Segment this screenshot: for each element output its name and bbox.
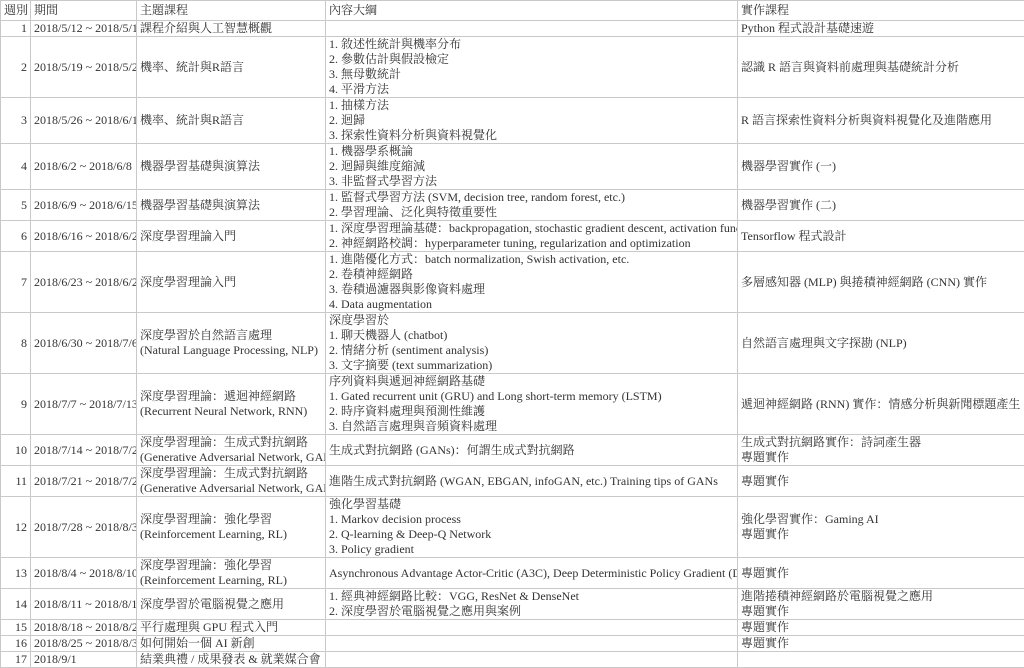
cell-outline: 1. 敘述性統計與機率分布2. 參數估計與假設檢定3. 無母數統計4. 平滑方法 bbox=[326, 37, 738, 98]
cell-practice: R 語言探索性資料分析與資料視覺化及進階應用 bbox=[738, 98, 1024, 144]
cell-line: 1. 機器學系概論 bbox=[329, 144, 734, 159]
cell-outline: 1. 經典神經網路比較：VGG, ResNet & DenseNet2. 深度學… bbox=[326, 589, 738, 620]
cell-line: Python 程式設計基礎速遊 bbox=[741, 21, 1021, 36]
table-row: 12018/5/12 ~ 2018/5/18課程介紹與人工智慧概觀Python … bbox=[1, 21, 1024, 37]
course-schedule-table: 週別期間主題課程內容大綱實作課程 12018/5/12 ~ 2018/5/18課… bbox=[0, 0, 1024, 668]
cell-practice: 專題實作 bbox=[738, 636, 1024, 652]
table-row: 92018/7/7 ~ 2018/7/13深度學習理論：遞迴神經網路(Recur… bbox=[1, 374, 1024, 435]
cell-week: 15 bbox=[1, 620, 31, 636]
cell-topic: 課程介紹與人工智慧概觀 bbox=[137, 21, 326, 37]
cell-line: 2. 參數估計與假設檢定 bbox=[329, 52, 734, 67]
cell-line: 機器學習基礎與演算法 bbox=[140, 198, 322, 213]
cell-practice: 進階捲積神經網路於電腦視覺之應用專題實作 bbox=[738, 589, 1024, 620]
cell-period: 2018/8/18 ~ 2018/8/24 bbox=[31, 620, 137, 636]
cell-line: 深度學習於 bbox=[329, 313, 734, 328]
cell-practice: 專題實作 bbox=[738, 558, 1024, 589]
cell-line: 機器學習實作 (二) bbox=[741, 198, 1021, 213]
cell-topic: 如何開始一個 AI 新創 bbox=[137, 636, 326, 652]
table-row: 42018/6/2 ~ 2018/6/8機器學習基礎與演算法1. 機器學系概論2… bbox=[1, 144, 1024, 190]
cell-line: 專題實作 bbox=[741, 636, 1021, 651]
cell-outline: 1. 監督式學習方法 (SVM, decision tree, random f… bbox=[326, 190, 738, 221]
cell-period: 2018/7/14 ~ 2018/7/20 bbox=[31, 435, 137, 466]
table-row: 162018/8/25 ~ 2018/8/31如何開始一個 AI 新創專題實作 bbox=[1, 636, 1024, 652]
cell-week: 7 bbox=[1, 252, 31, 313]
cell-line: 結業典禮 / 成果發表 & 就業媒合會 bbox=[140, 652, 322, 667]
cell-line: 進階捲積神經網路於電腦視覺之應用 bbox=[741, 589, 1021, 604]
cell-practice: Python 程式設計基礎速遊 bbox=[738, 21, 1024, 37]
cell-outline bbox=[326, 21, 738, 37]
cell-practice: 專題實作 bbox=[738, 620, 1024, 636]
table-row: 22018/5/19 ~ 2018/5/25機率、統計與R語言1. 敘述性統計與… bbox=[1, 37, 1024, 98]
cell-week: 5 bbox=[1, 190, 31, 221]
cell-period: 2018/7/28 ~ 2018/8/3 bbox=[31, 497, 137, 558]
cell-week: 17 bbox=[1, 652, 31, 668]
cell-week: 16 bbox=[1, 636, 31, 652]
table-row: 82018/6/30 ~ 2018/7/6深度學習於自然語言處理(Natural… bbox=[1, 313, 1024, 374]
cell-line: (Recurrent Neural Network, RNN) bbox=[140, 404, 322, 419]
table-row: 52018/6/9 ~ 2018/6/15機器學習基礎與演算法1. 監督式學習方… bbox=[1, 190, 1024, 221]
cell-week: 1 bbox=[1, 21, 31, 37]
cell-topic: 深度學習理論：生成式對抗網路(Generative Adversarial Ne… bbox=[137, 435, 326, 466]
cell-line: 3. 卷積過濾器與影像資料處理 bbox=[329, 282, 734, 297]
cell-line: Asynchronous Advantage Actor-Critic (A3C… bbox=[329, 566, 734, 581]
cell-topic: 深度學習理論：強化學習(Reinforcement Learning, RL) bbox=[137, 497, 326, 558]
cell-topic: 深度學習理論：強化學習(Reinforcement Learning, RL) bbox=[137, 558, 326, 589]
cell-period: 2018/9/1 bbox=[31, 652, 137, 668]
cell-period: 2018/5/12 ~ 2018/5/18 bbox=[31, 21, 137, 37]
cell-topic: 深度學習理論入門 bbox=[137, 221, 326, 252]
cell-line: 深度學習理論：強化學習 bbox=[140, 558, 322, 573]
cell-week: 2 bbox=[1, 37, 31, 98]
cell-period: 2018/8/4 ~ 2018/8/10 bbox=[31, 558, 137, 589]
cell-line: 1. 抽樣方法 bbox=[329, 98, 734, 113]
cell-line: 機率、統計與R語言 bbox=[140, 60, 322, 75]
cell-period: 2018/7/21 ~ 2018/7/27 bbox=[31, 466, 137, 497]
cell-line: 1. 敘述性統計與機率分布 bbox=[329, 37, 734, 52]
cell-week: 14 bbox=[1, 589, 31, 620]
cell-outline: 強化學習基礎1. Markov decision process2. Q-lea… bbox=[326, 497, 738, 558]
cell-outline: 1. 深度學習理論基礎：backpropagation, stochastic … bbox=[326, 221, 738, 252]
cell-line: 1. 深度學習理論基礎：backpropagation, stochastic … bbox=[329, 221, 734, 236]
cell-line: 1. Markov decision process bbox=[329, 512, 734, 527]
table-row: 122018/7/28 ~ 2018/8/3深度學習理論：強化學習(Reinfo… bbox=[1, 497, 1024, 558]
cell-line: 2. 情緒分析 (sentiment analysis) bbox=[329, 343, 734, 358]
table-row: 62018/6/16 ~ 2018/6/22深度學習理論入門1. 深度學習理論基… bbox=[1, 221, 1024, 252]
cell-line: 專題實作 bbox=[741, 620, 1021, 635]
table-row: 112018/7/21 ~ 2018/7/27深度學習理論：生成式對抗網路(Ge… bbox=[1, 466, 1024, 497]
cell-line: (Generative Adversarial Network, GAN) bbox=[140, 481, 322, 496]
cell-line: 4. Data augmentation bbox=[329, 297, 734, 312]
cell-line: 遞迴神經網路 (RNN) 實作：情感分析與新聞標題產生 bbox=[741, 397, 1021, 412]
cell-line: 專題實作 bbox=[741, 474, 1021, 489]
cell-week: 13 bbox=[1, 558, 31, 589]
cell-practice: 專題實作 bbox=[738, 466, 1024, 497]
cell-line: 2. 卷積神經網路 bbox=[329, 267, 734, 282]
cell-line: 專題實作 bbox=[741, 450, 1021, 465]
cell-outline: 1. 抽樣方法2. 迴歸3. 探索性資料分析與資料視覺化 bbox=[326, 98, 738, 144]
cell-line: 2. Q-learning & Deep-Q Network bbox=[329, 527, 734, 542]
cell-line: 生成式對抗網路 (GANs)：何謂生成式對抗網路 bbox=[329, 443, 734, 458]
cell-period: 2018/6/30 ~ 2018/7/6 bbox=[31, 313, 137, 374]
cell-outline: 生成式對抗網路 (GANs)：何謂生成式對抗網路 bbox=[326, 435, 738, 466]
cell-line: 機器學習實作 (一) bbox=[741, 159, 1021, 174]
cell-practice bbox=[738, 652, 1024, 668]
column-header-period: 期間 bbox=[31, 1, 137, 21]
cell-practice: 生成式對抗網路實作：詩詞產生器專題實作 bbox=[738, 435, 1024, 466]
cell-period: 2018/8/11 ~ 2018/8/17 bbox=[31, 589, 137, 620]
cell-line: 3. 非監督式學習方法 bbox=[329, 174, 734, 189]
cell-line: 深度學習理論：強化學習 bbox=[140, 512, 322, 527]
cell-line: 2. 時序資料處理與預測性維護 bbox=[329, 404, 734, 419]
cell-line: 機器學習基礎與演算法 bbox=[140, 159, 322, 174]
cell-outline: 深度學習於1. 聊天機器人 (chatbot)2. 情緒分析 (sentimen… bbox=[326, 313, 738, 374]
cell-period: 2018/8/25 ~ 2018/8/31 bbox=[31, 636, 137, 652]
table-row: 172018/9/1結業典禮 / 成果發表 & 就業媒合會 bbox=[1, 652, 1024, 668]
cell-line: 2. 深度學習於電腦視覺之應用與案例 bbox=[329, 604, 734, 619]
cell-line: 進階生成式對抗網路 (WGAN, EBGAN, infoGAN, etc.) T… bbox=[329, 474, 734, 489]
cell-topic: 機器學習基礎與演算法 bbox=[137, 144, 326, 190]
cell-line: 深度學習於自然語言處理 bbox=[140, 328, 322, 343]
cell-line: 多層感知器 (MLP) 與捲積神經網路 (CNN) 實作 bbox=[741, 275, 1021, 290]
cell-line: 4. 平滑方法 bbox=[329, 82, 734, 97]
cell-line: 強化學習基礎 bbox=[329, 497, 734, 512]
cell-line: 序列資料與遞迴神經網路基礎 bbox=[329, 374, 734, 389]
cell-line: 認識 R 語言與資料前處理與基礎統計分析 bbox=[741, 60, 1021, 75]
cell-line: (Generative Adversarial Network, GAN) bbox=[140, 450, 322, 465]
cell-topic: 深度學習理論：遞迴神經網路(Recurrent Neural Network, … bbox=[137, 374, 326, 435]
course-table-body: 12018/5/12 ~ 2018/5/18課程介紹與人工智慧概觀Python … bbox=[1, 21, 1024, 668]
cell-line: 生成式對抗網路實作：詩詞產生器 bbox=[741, 435, 1021, 450]
table-row: 102018/7/14 ~ 2018/7/20深度學習理論：生成式對抗網路(Ge… bbox=[1, 435, 1024, 466]
cell-line: Tensorflow 程式設計 bbox=[741, 229, 1021, 244]
cell-practice: 認識 R 語言與資料前處理與基礎統計分析 bbox=[738, 37, 1024, 98]
cell-topic: 深度學習理論入門 bbox=[137, 252, 326, 313]
cell-topic: 深度學習理論：生成式對抗網路(Generative Adversarial Ne… bbox=[137, 466, 326, 497]
cell-outline: 1. 進階優化方式：batch normalization, Swish act… bbox=[326, 252, 738, 313]
cell-week: 10 bbox=[1, 435, 31, 466]
cell-practice: 自然語言處理與文字探勘 (NLP) bbox=[738, 313, 1024, 374]
cell-week: 3 bbox=[1, 98, 31, 144]
cell-period: 2018/7/7 ~ 2018/7/13 bbox=[31, 374, 137, 435]
cell-line: 專題實作 bbox=[741, 566, 1021, 581]
cell-outline: 序列資料與遞迴神經網路基礎1. Gated recurrent unit (GR… bbox=[326, 374, 738, 435]
cell-line: 3. 無母數統計 bbox=[329, 67, 734, 82]
cell-outline bbox=[326, 620, 738, 636]
cell-line: 深度學習理論：遞迴神經網路 bbox=[140, 389, 322, 404]
cell-practice: 機器學習實作 (一) bbox=[738, 144, 1024, 190]
cell-practice: Tensorflow 程式設計 bbox=[738, 221, 1024, 252]
cell-week: 9 bbox=[1, 374, 31, 435]
cell-practice: 遞迴神經網路 (RNN) 實作：情感分析與新聞標題產生 bbox=[738, 374, 1024, 435]
cell-line: 如何開始一個 AI 新創 bbox=[140, 636, 322, 651]
table-row: 142018/8/11 ~ 2018/8/17深度學習於電腦視覺之應用1. 經典… bbox=[1, 589, 1024, 620]
cell-line: 專題實作 bbox=[741, 527, 1021, 542]
cell-practice: 強化學習實作：Gaming AI專題實作 bbox=[738, 497, 1024, 558]
cell-line: 3. 文字摘要 (text summarization) bbox=[329, 358, 734, 373]
cell-line: 機率、統計與R語言 bbox=[140, 113, 322, 128]
cell-period: 2018/5/19 ~ 2018/5/25 bbox=[31, 37, 137, 98]
cell-period: 2018/6/2 ~ 2018/6/8 bbox=[31, 144, 137, 190]
table-row: 152018/8/18 ~ 2018/8/24平行處理與 GPU 程式入門專題實… bbox=[1, 620, 1024, 636]
cell-line: 深度學習於電腦視覺之應用 bbox=[140, 597, 322, 612]
cell-outline: Asynchronous Advantage Actor-Critic (A3C… bbox=[326, 558, 738, 589]
cell-line: 1. 經典神經網路比較：VGG, ResNet & DenseNet bbox=[329, 589, 734, 604]
cell-line: 3. Policy gradient bbox=[329, 542, 734, 557]
cell-outline: 1. 機器學系概論2. 迴歸與維度縮減3. 非監督式學習方法 bbox=[326, 144, 738, 190]
cell-outline: 進階生成式對抗網路 (WGAN, EBGAN, infoGAN, etc.) T… bbox=[326, 466, 738, 497]
cell-line: 1. 進階優化方式：batch normalization, Swish act… bbox=[329, 252, 734, 267]
cell-line: 深度學習理論：生成式對抗網路 bbox=[140, 466, 322, 481]
cell-practice: 機器學習實作 (二) bbox=[738, 190, 1024, 221]
cell-line: (Reinforcement Learning, RL) bbox=[140, 573, 322, 588]
table-row: 132018/8/4 ~ 2018/8/10深度學習理論：強化學習(Reinfo… bbox=[1, 558, 1024, 589]
cell-line: 深度學習理論入門 bbox=[140, 275, 322, 290]
cell-week: 11 bbox=[1, 466, 31, 497]
cell-week: 12 bbox=[1, 497, 31, 558]
column-header-week: 週別 bbox=[1, 1, 31, 21]
cell-line: 1. 監督式學習方法 (SVM, decision tree, random f… bbox=[329, 190, 734, 205]
cell-outline bbox=[326, 652, 738, 668]
cell-week: 4 bbox=[1, 144, 31, 190]
cell-line: 自然語言處理與文字探勘 (NLP) bbox=[741, 336, 1021, 351]
cell-line: 強化學習實作：Gaming AI bbox=[741, 512, 1021, 527]
table-row: 32018/5/26 ~ 2018/6/1機率、統計與R語言1. 抽樣方法2. … bbox=[1, 98, 1024, 144]
cell-period: 2018/6/9 ~ 2018/6/15 bbox=[31, 190, 137, 221]
cell-line: 課程介紹與人工智慧概觀 bbox=[140, 21, 322, 36]
cell-topic: 深度學習於電腦視覺之應用 bbox=[137, 589, 326, 620]
cell-topic: 平行處理與 GPU 程式入門 bbox=[137, 620, 326, 636]
column-header-outline: 內容大綱 bbox=[326, 1, 738, 21]
cell-week: 6 bbox=[1, 221, 31, 252]
cell-line: (Reinforcement Learning, RL) bbox=[140, 527, 322, 542]
cell-period: 2018/6/16 ~ 2018/6/22 bbox=[31, 221, 137, 252]
cell-practice: 多層感知器 (MLP) 與捲積神經網路 (CNN) 實作 bbox=[738, 252, 1024, 313]
cell-week: 8 bbox=[1, 313, 31, 374]
cell-topic: 機器學習基礎與演算法 bbox=[137, 190, 326, 221]
cell-topic: 結業典禮 / 成果發表 & 就業媒合會 bbox=[137, 652, 326, 668]
cell-topic: 機率、統計與R語言 bbox=[137, 98, 326, 144]
cell-period: 2018/6/23 ~ 2018/6/29 bbox=[31, 252, 137, 313]
cell-line: R 語言探索性資料分析與資料視覺化及進階應用 bbox=[741, 113, 1021, 128]
cell-line: 2. 神經網路校調：hyperparameter tuning, regular… bbox=[329, 236, 734, 251]
cell-line: (Natural Language Processing, NLP) bbox=[140, 343, 322, 358]
cell-line: 2. 迴歸與維度縮減 bbox=[329, 159, 734, 174]
column-header-practice: 實作課程 bbox=[738, 1, 1024, 21]
cell-line: 深度學習理論：生成式對抗網路 bbox=[140, 435, 322, 450]
cell-line: 3. 探索性資料分析與資料視覺化 bbox=[329, 128, 734, 143]
cell-line: 2. 學習理論、泛化與特徵重要性 bbox=[329, 205, 734, 220]
cell-line: 平行處理與 GPU 程式入門 bbox=[140, 620, 322, 635]
cell-line: 深度學習理論入門 bbox=[140, 229, 322, 244]
cell-topic: 機率、統計與R語言 bbox=[137, 37, 326, 98]
cell-line: 3. 自然語言處理與音頻資料處理 bbox=[329, 419, 734, 434]
cell-line: 專題實作 bbox=[741, 604, 1021, 619]
cell-line: 1. Gated recurrent unit (GRU) and Long s… bbox=[329, 389, 734, 404]
cell-line: 1. 聊天機器人 (chatbot) bbox=[329, 328, 734, 343]
cell-line: 2. 迴歸 bbox=[329, 113, 734, 128]
table-row: 72018/6/23 ~ 2018/6/29深度學習理論入門1. 進階優化方式：… bbox=[1, 252, 1024, 313]
cell-period: 2018/5/26 ~ 2018/6/1 bbox=[31, 98, 137, 144]
column-header-topic: 主題課程 bbox=[137, 1, 326, 21]
cell-outline bbox=[326, 636, 738, 652]
header-row: 週別期間主題課程內容大綱實作課程 bbox=[1, 1, 1024, 21]
cell-topic: 深度學習於自然語言處理(Natural Language Processing,… bbox=[137, 313, 326, 374]
